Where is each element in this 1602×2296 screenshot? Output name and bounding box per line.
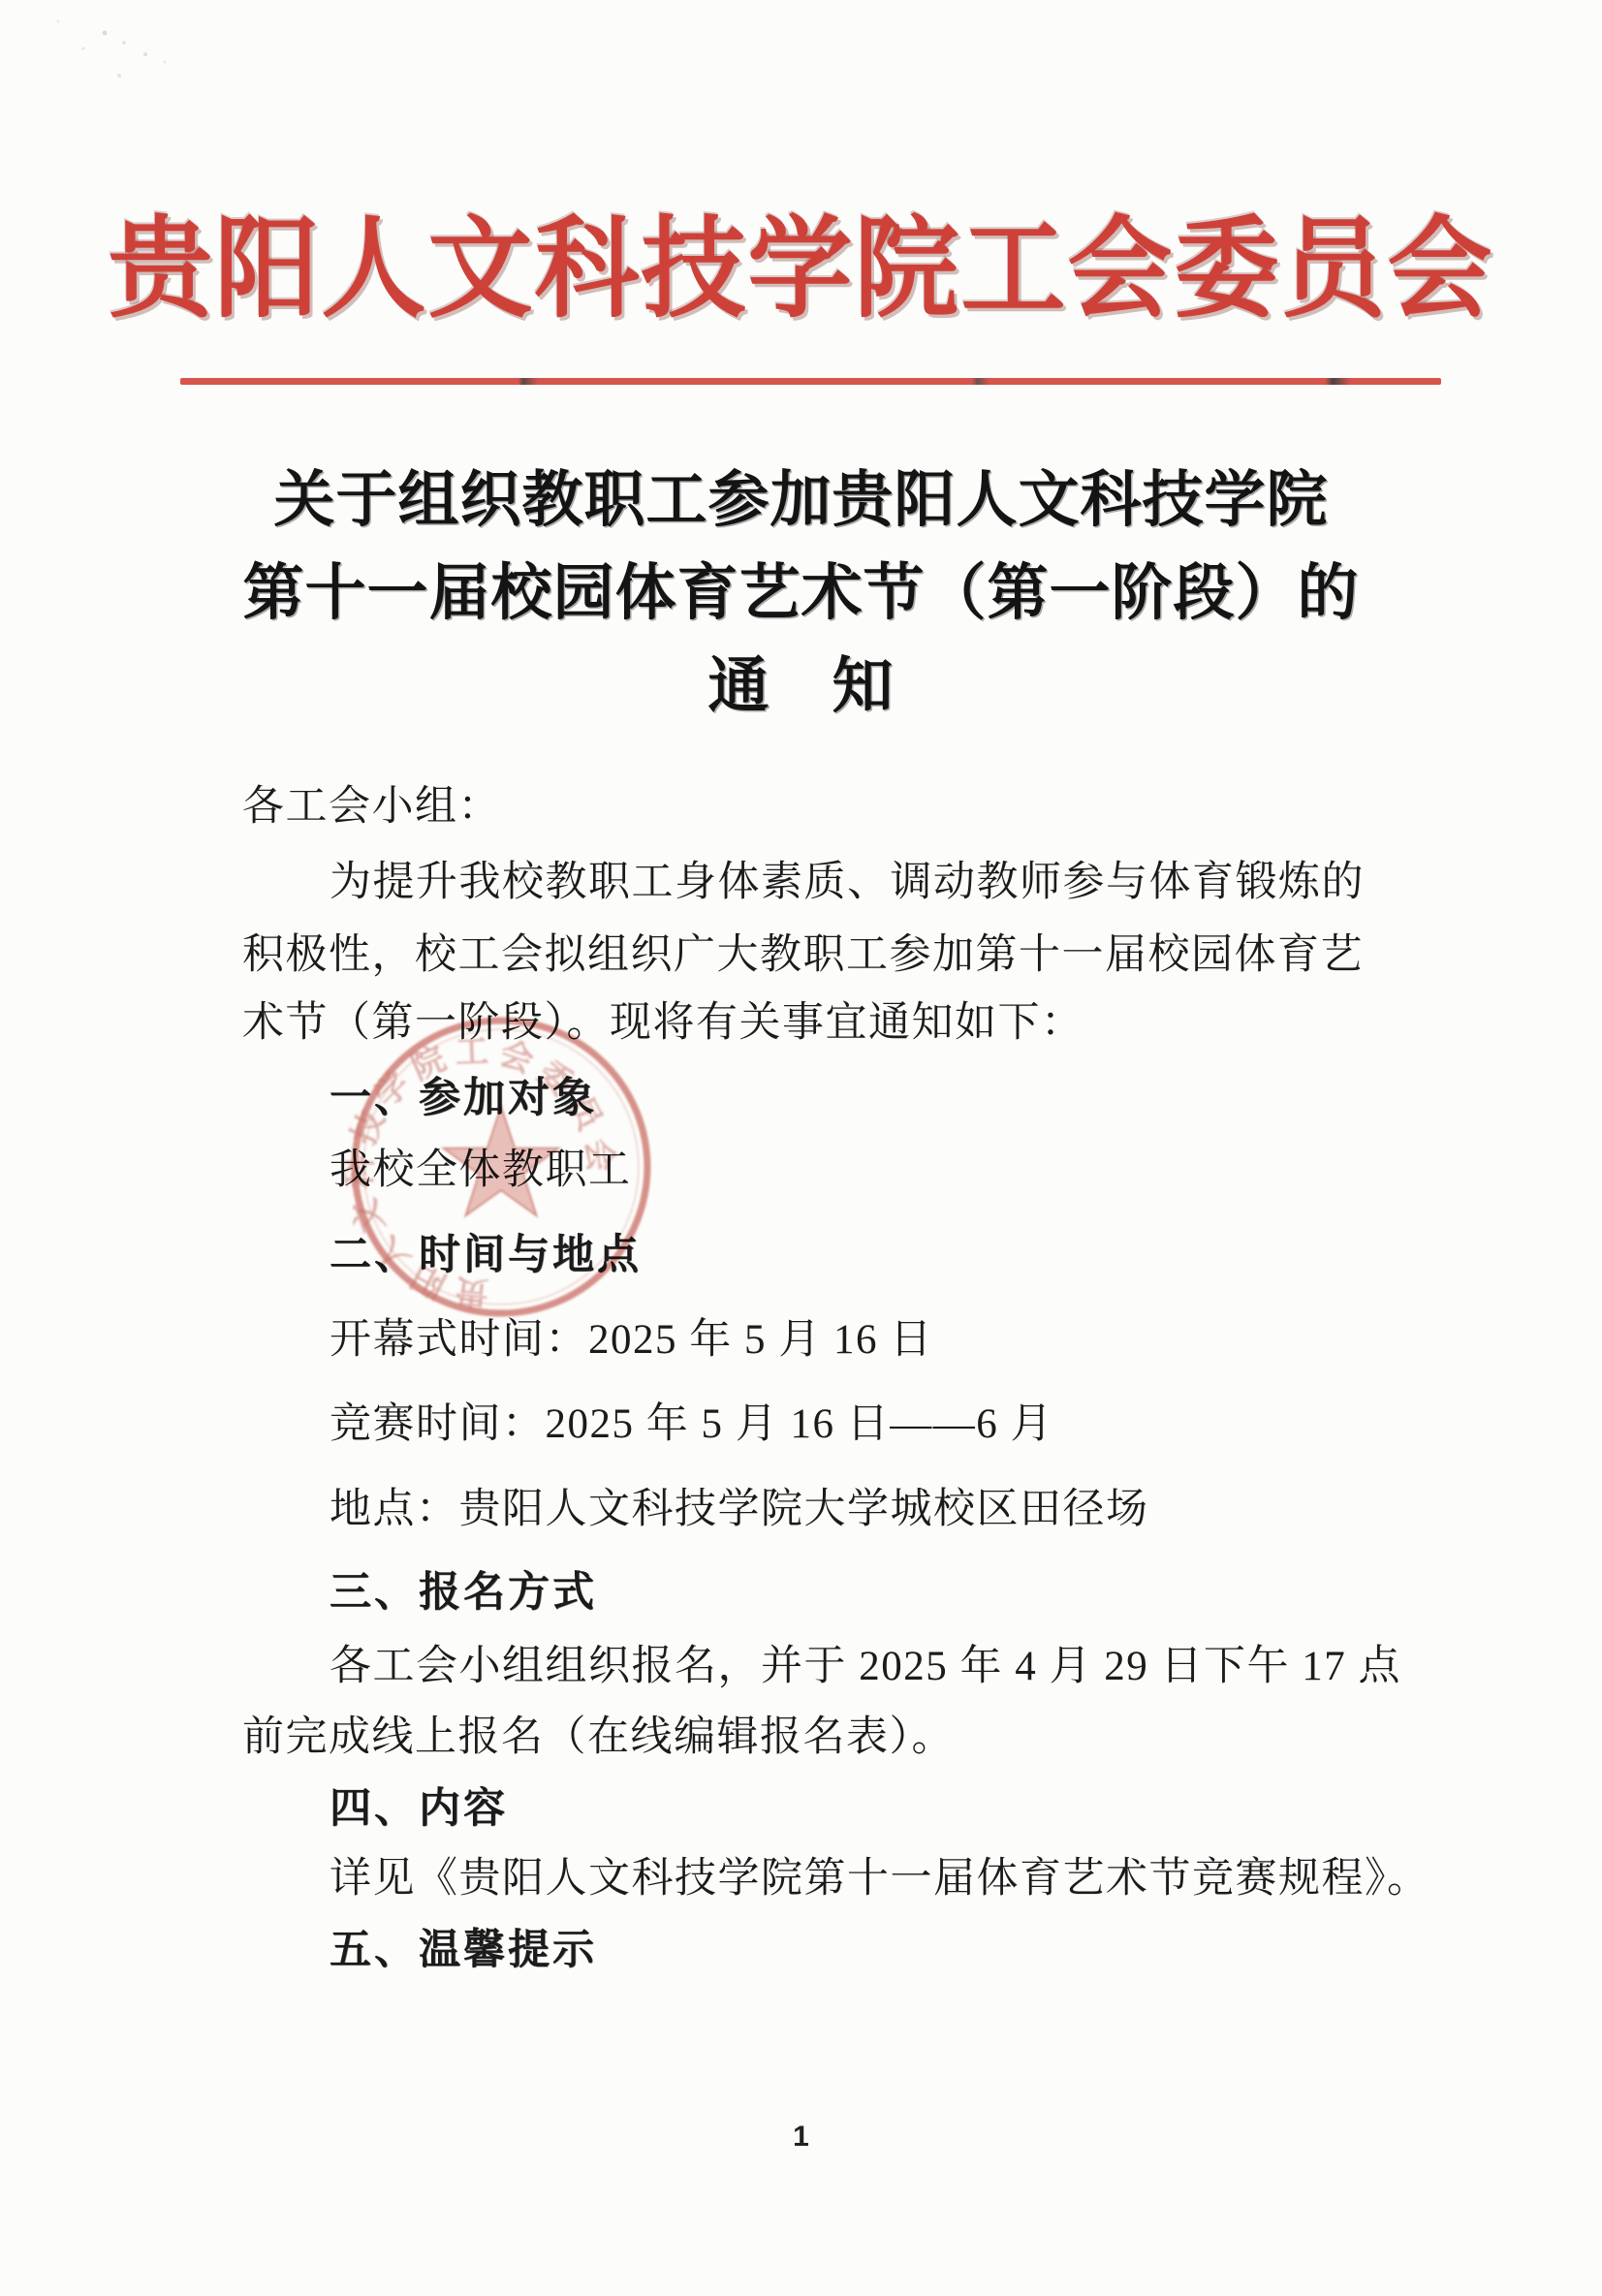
body-line: 前完成线上报名（在线编辑报名表）。 — [242, 1714, 955, 1762]
body-line: 积极性，校工会拟组织广大教职工参加第十一届校园体育艺 — [242, 931, 1364, 980]
masthead-rule — [180, 378, 1441, 385]
body-line: 各工会小组组织报名，并于 2025 年 4 月 29 日下午 17 点 — [330, 1643, 1401, 1691]
document-title: 关于组织教职工参加贵阳人文科技学院 第十一届校园体育艺术节（第一阶段）的 通 知 — [0, 454, 1602, 733]
section-heading-4: 四、内容 — [330, 1784, 508, 1833]
section-heading-1: 一、参加对象 — [330, 1074, 597, 1122]
section-heading-3: 三、报名方式 — [330, 1568, 597, 1617]
page-number: 1 — [0, 2121, 1602, 2154]
section-heading-2: 二、时间与地点 — [330, 1231, 642, 1279]
masthead-title: 贵阳人文科技学院工会委员会 — [0, 208, 1602, 334]
body-line: 术节（第一阶段）。现将有关事宜通知如下： — [242, 999, 1084, 1048]
document-title-line3: 通 知 — [0, 640, 1602, 733]
body-line: 详见《贵阳人文科技学院第十一届体育艺术节竞赛规程》。 — [330, 1855, 1430, 1903]
body-line: 我校全体教职工 — [330, 1147, 632, 1195]
salutation: 各工会小组： — [242, 783, 501, 832]
body-line: 开幕式时间：2025 年 5 月 16 日 — [330, 1316, 933, 1365]
document-title-line1: 关于组织教职工参加贵阳人文科技学院 — [0, 454, 1602, 547]
document-page: 贵阳人文科技学院工会委员会 关于组织教职工参加贵阳人文科技学院 第十一届校园体育… — [0, 0, 1602, 2296]
document-title-line2: 第十一届校园体育艺术节（第一阶段）的 — [0, 547, 1602, 640]
scan-noise-specks — [0, 0, 252, 136]
section-heading-5: 五、温馨提示 — [330, 1926, 597, 1974]
body-line: 为提升我校教职工身体素质、调动教师参与体育锻炼的 — [330, 859, 1365, 907]
body-line: 地点：贵阳人文科技学院大学城校区田径场 — [330, 1486, 1149, 1534]
body-line: 竞赛时间：2025 年 5 月 16 日——6 月 — [330, 1400, 1053, 1449]
